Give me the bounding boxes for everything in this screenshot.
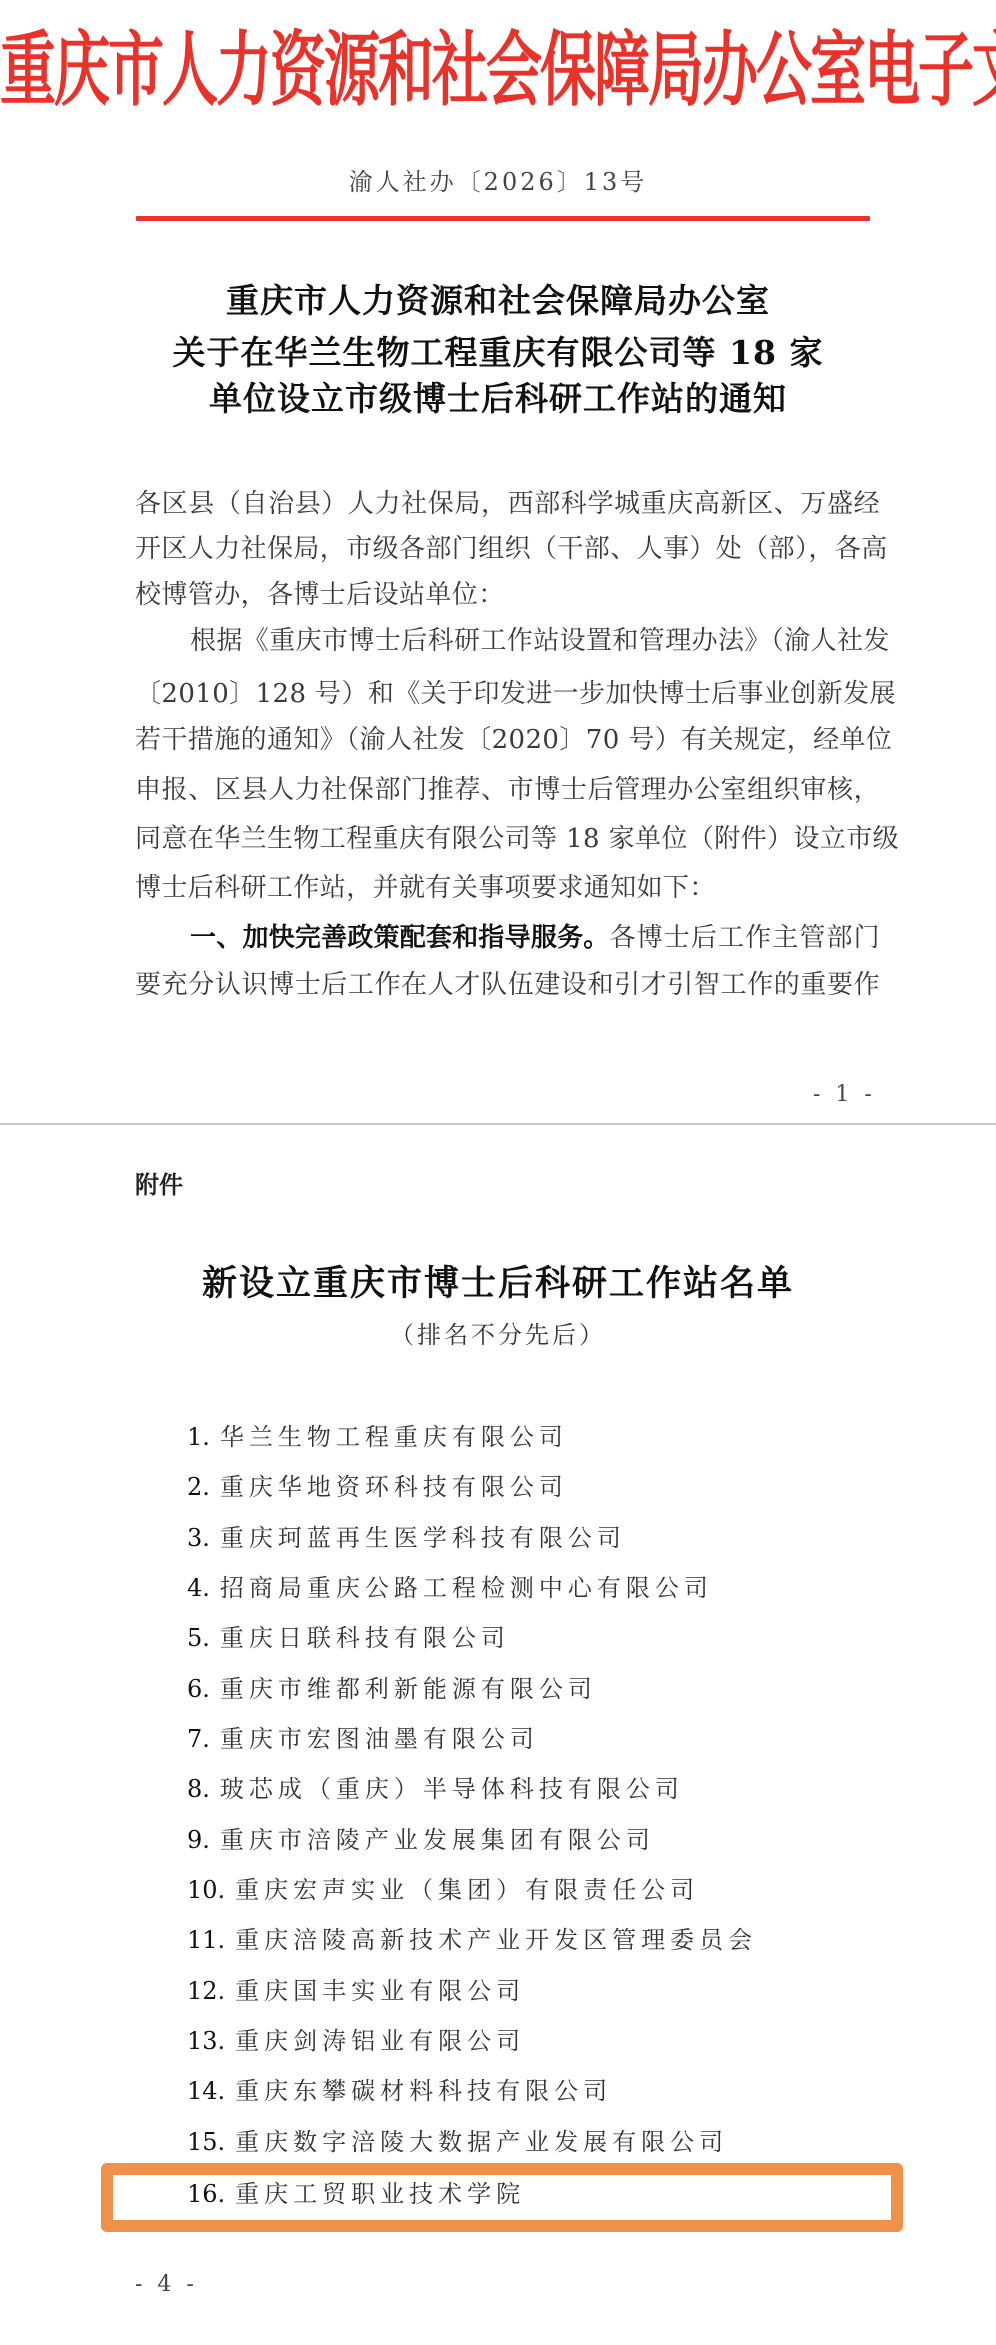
page-number-4: - 4 - — [135, 2270, 198, 2300]
list-item: 14.重庆东攀碳材料科技有限公司 — [187, 2073, 612, 2109]
body-line: 博士后科研工作站，并就有关事项要求通知如下： — [135, 868, 880, 908]
letterhead-red-rule — [136, 216, 870, 221]
list-item: 11.重庆涪陵高新技术产业开发区管理委员会 — [187, 1922, 757, 1958]
notice-title-line-2: 关于在华兰生物工程重庆有限公司等 18 家 — [0, 330, 996, 376]
body-line: 若干措施的通知》（渝人社发〔2020〕70 号）有关规定，经单位 — [135, 720, 880, 760]
body-line: 开区人力社保局，市级各部门组织（干部、人事）处（部），各高 — [135, 529, 880, 569]
notice-title-line-3: 单位设立市级博士后科研工作站的通知 — [0, 376, 996, 422]
attachment-label: 附件 — [135, 1168, 183, 1202]
notice-title-line-1: 重庆市人力资源和社会保障局办公室 — [0, 278, 996, 324]
page-number-1: - 1 - — [813, 1080, 876, 1110]
body-line: 各区县（自治县）人力社保局，西部科学城重庆高新区、万盛经 — [135, 484, 880, 524]
section-1-text: 各博士后工作主管部门 — [610, 923, 880, 953]
list-item: 2.重庆华地资环科技有限公司 — [187, 1469, 568, 1505]
body-line: 申报、区县人力社保部门推荐、市博士后管理办公室组织审核， — [135, 770, 880, 810]
page-divider — [0, 1123, 996, 1125]
section-1-line-2: 要充分认识博士后工作在人才队伍建设和引才引智工作的重要作 — [135, 965, 880, 1005]
list-item: 8.玻芯成（重庆）半导体科技有限公司 — [187, 1771, 684, 1807]
list-item: 1.华兰生物工程重庆有限公司 — [187, 1419, 568, 1455]
list-item: 7.重庆市宏图油墨有限公司 — [187, 1721, 539, 1757]
body-line: 〔2010〕128 号）和《关于印发进一步加快博士后事业创新发展 — [135, 674, 880, 714]
list-item: 9.重庆市涪陵产业发展集团有限公司 — [187, 1822, 655, 1858]
list-item: 3.重庆珂蓝再生医学科技有限公司 — [187, 1520, 626, 1556]
list-item: 12.重庆国丰实业有限公司 — [187, 1973, 525, 2009]
list-item: 6.重庆市维都利新能源有限公司 — [187, 1671, 597, 1707]
list-item: 15.重庆数字涪陵大数据产业发展有限公司 — [187, 2124, 728, 2160]
body-line: 同意在华兰生物工程重庆有限公司等 18 家单位（附件）设立市级 — [135, 819, 880, 859]
body-line: 根据《重庆市博士后科研工作站设置和管理办法》（渝人社发 — [190, 621, 880, 661]
list-item: 10.重庆宏声实业（集团）有限责任公司 — [187, 1872, 699, 1908]
list-item-highlighted: 16.重庆工贸职业技术学院 — [187, 2176, 525, 2212]
document-number: 渝人社办〔2026〕13号 — [0, 164, 996, 200]
attachment-title: 新设立重庆市博士后科研工作站名单 — [0, 1262, 996, 1306]
list-item: 13.重庆剑涛铝业有限公司 — [187, 2023, 525, 2059]
agency-letterhead-title: 重庆市人力资源和社会保障局办公室电子文件 — [0, 0, 996, 145]
body-line: 校博管办，各博士后设站单位： — [135, 575, 880, 615]
section-1-line-1: 一、加快完善政策配套和指导服务。各博士后工作主管部门 — [190, 918, 880, 958]
attachment-subtitle: （排名不分先后） — [0, 1318, 996, 1352]
list-item: 4.招商局重庆公路工程检测中心有限公司 — [187, 1570, 713, 1606]
list-item: 5.重庆日联科技有限公司 — [187, 1620, 510, 1656]
section-1-heading: 一、加快完善政策配套和指导服务。 — [190, 923, 610, 953]
